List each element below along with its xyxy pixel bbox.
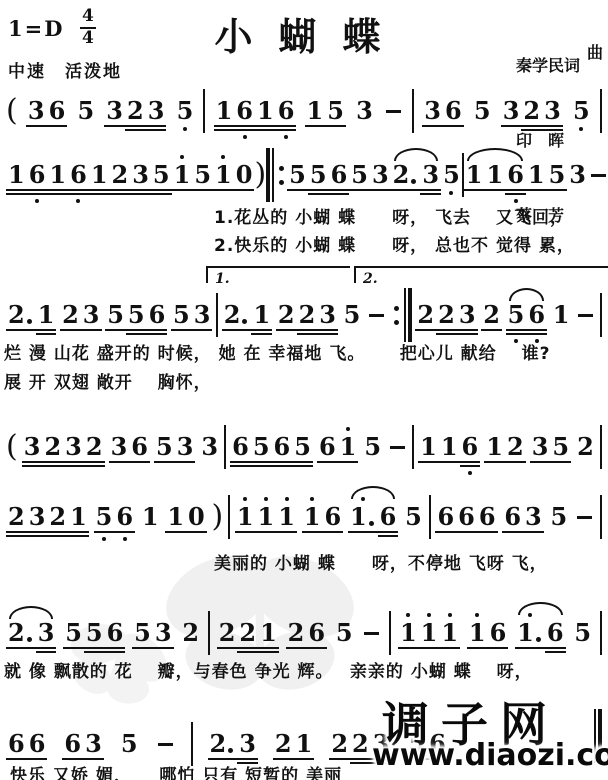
slur bbox=[518, 602, 562, 615]
note: 3 bbox=[146, 99, 167, 123]
note-group: 16 bbox=[467, 621, 508, 645]
note: 5 bbox=[571, 99, 592, 123]
note: 3 bbox=[317, 303, 338, 327]
beam-line bbox=[47, 125, 68, 127]
note: 2 bbox=[217, 621, 238, 645]
beam-line bbox=[222, 329, 252, 331]
beam-line bbox=[213, 189, 234, 191]
beam-line bbox=[258, 647, 279, 649]
beam-line bbox=[276, 329, 297, 331]
beam-line bbox=[89, 189, 110, 191]
dot bbox=[279, 180, 284, 185]
note-group: 10 bbox=[213, 163, 254, 187]
note: 3 bbox=[153, 621, 174, 645]
music-line-2: 161612351510)55653235116153 bbox=[0, 152, 608, 198]
barline bbox=[228, 495, 230, 539]
beam-line bbox=[294, 758, 315, 760]
note: 5 bbox=[349, 163, 370, 187]
beam-line bbox=[146, 125, 167, 127]
note: 1 bbox=[348, 505, 378, 529]
note: 5 bbox=[292, 435, 313, 459]
beam-line bbox=[484, 461, 505, 463]
note: 1 bbox=[551, 303, 572, 327]
note-digit: 2 bbox=[352, 732, 369, 756]
note-digit: 6 bbox=[149, 303, 166, 327]
note: 5 bbox=[325, 99, 346, 123]
sheet-music-page: 1=D 4 4 小蝴蝶 秦学民词 印 晖 蔡 芳 曲 中速 活泼地 (36532… bbox=[0, 0, 608, 780]
note-group: 21 bbox=[273, 732, 314, 756]
beam-line bbox=[272, 465, 293, 467]
beam-line bbox=[348, 531, 378, 533]
beam-line bbox=[550, 461, 571, 463]
dot bbox=[279, 166, 284, 171]
beam-line bbox=[214, 129, 235, 131]
parenthesis: ( bbox=[6, 432, 18, 462]
note: 5 bbox=[547, 163, 568, 187]
note: 5 bbox=[506, 303, 527, 327]
beam-line bbox=[251, 461, 272, 463]
thin-bar bbox=[272, 148, 274, 202]
note-digit: 6 bbox=[528, 303, 545, 327]
beam-line bbox=[273, 758, 294, 760]
note-digit: 6 bbox=[331, 163, 348, 187]
note-digit: 2 bbox=[239, 621, 256, 645]
note: 1 bbox=[251, 303, 272, 327]
note: 2 bbox=[415, 303, 436, 327]
note-group: 21 bbox=[6, 303, 56, 327]
note-digit: 5 bbox=[156, 435, 173, 459]
slur bbox=[9, 606, 53, 619]
beam-line bbox=[130, 193, 151, 195]
note-digit: 3 bbox=[106, 99, 123, 123]
augmentation-dot bbox=[536, 637, 541, 642]
note-group: 21 bbox=[222, 303, 272, 327]
beam-line bbox=[237, 758, 258, 760]
barline bbox=[600, 495, 602, 539]
beam-line bbox=[63, 647, 84, 649]
note-digit: 3 bbox=[532, 435, 549, 459]
octave-dot-low bbox=[243, 135, 247, 139]
note: 1 bbox=[419, 621, 440, 645]
note-digit: 1 bbox=[49, 163, 66, 187]
beam-line bbox=[501, 125, 522, 127]
note-digit: 2 bbox=[8, 505, 25, 529]
note-digit: 6 bbox=[232, 435, 249, 459]
note: 1 bbox=[172, 163, 193, 187]
lyric-line-4: 展 开 双翅 敞开 胸怀， bbox=[4, 368, 212, 393]
note-digit: 3 bbox=[177, 435, 194, 459]
key-signature: 1=D bbox=[8, 16, 64, 41]
note-group: 36 bbox=[109, 435, 150, 459]
note: 2 bbox=[208, 732, 238, 756]
note: 3 bbox=[192, 303, 213, 327]
note-group: 56 bbox=[506, 303, 547, 327]
note: 6 bbox=[114, 505, 135, 529]
note-digit: 5 bbox=[327, 99, 344, 123]
barline bbox=[216, 293, 218, 337]
note-digit: 2 bbox=[393, 163, 410, 187]
note: 1 bbox=[439, 621, 460, 645]
note: 5 bbox=[441, 163, 462, 187]
page-title: 小蝴蝶 bbox=[201, 6, 406, 61]
note: 1 bbox=[294, 732, 315, 756]
note-digit: 3 bbox=[525, 505, 542, 529]
beam-line bbox=[186, 531, 207, 533]
note: 2 bbox=[125, 99, 146, 123]
octave-dot-low bbox=[284, 135, 288, 139]
beam-line bbox=[272, 461, 293, 463]
duration-dash bbox=[158, 743, 173, 746]
note: 5 bbox=[550, 435, 571, 459]
note: 5 bbox=[342, 303, 363, 327]
note: 3 bbox=[530, 435, 551, 459]
note: 3 bbox=[175, 435, 196, 459]
note: 3 bbox=[22, 435, 43, 459]
note: 3 bbox=[104, 99, 125, 123]
note-group: 556 bbox=[287, 163, 349, 187]
beam-line bbox=[234, 125, 255, 127]
beam-line bbox=[84, 647, 105, 649]
note-digit: 1 bbox=[528, 163, 545, 187]
duration-dash bbox=[591, 174, 606, 177]
beam-line bbox=[329, 193, 350, 195]
note-digit: 1 bbox=[420, 435, 437, 459]
note-group: 323 bbox=[501, 99, 563, 123]
beam-line bbox=[542, 129, 563, 131]
beam-line bbox=[104, 125, 125, 127]
note: 6 bbox=[6, 732, 27, 756]
note-digit: 2 bbox=[278, 303, 295, 327]
beam-line bbox=[36, 651, 57, 653]
duration-dash bbox=[386, 110, 401, 113]
octave-dot-high bbox=[285, 497, 289, 501]
parenthesis: ) bbox=[254, 160, 266, 190]
beam-line bbox=[322, 531, 343, 533]
beam-line bbox=[114, 531, 135, 533]
note: 1 bbox=[276, 505, 297, 529]
beam-line bbox=[481, 329, 502, 331]
note: 5 bbox=[132, 621, 153, 645]
note-digit: 5 bbox=[96, 505, 113, 529]
note-digit: 1 bbox=[466, 163, 483, 187]
note-group: 5 bbox=[334, 621, 355, 645]
note-digit: 5 bbox=[549, 163, 566, 187]
beam-line bbox=[27, 535, 48, 537]
note-group: 5 bbox=[175, 99, 196, 123]
note: 6 bbox=[378, 505, 399, 529]
note-group: 53 bbox=[154, 435, 195, 459]
beam-line bbox=[317, 333, 338, 335]
note: 3 bbox=[81, 303, 102, 327]
note-digit: 6 bbox=[131, 435, 148, 459]
beam-line bbox=[27, 189, 48, 191]
note: 3 bbox=[63, 435, 84, 459]
volta-bracket-1: 1. bbox=[206, 266, 350, 283]
note-digit: 2 bbox=[577, 435, 594, 459]
note: 2 bbox=[6, 505, 27, 529]
note: 2 bbox=[350, 732, 371, 756]
note: 5 bbox=[251, 435, 272, 459]
note-digit: 5 bbox=[153, 163, 170, 187]
note-digit: 1 bbox=[38, 303, 55, 327]
note: 5 bbox=[94, 505, 115, 529]
note-digit: 1 bbox=[421, 621, 438, 645]
note: 1 bbox=[47, 163, 68, 187]
note-group: 6565 bbox=[230, 435, 313, 459]
note-digit: 6 bbox=[547, 621, 564, 645]
beam-line bbox=[126, 329, 147, 331]
beam-line bbox=[68, 193, 89, 195]
lyric-line-7: 快乐 又娇 媚， 哪怕 只有 短暂的 美丽 bbox=[10, 761, 342, 780]
note-group: 61 bbox=[317, 435, 358, 459]
parenthesis: ) bbox=[212, 502, 224, 532]
beam-line bbox=[317, 461, 338, 463]
time-signature-numerator: 4 bbox=[82, 7, 94, 27]
thick-bar bbox=[408, 288, 412, 342]
note: 1 bbox=[140, 505, 161, 529]
note-digit: 3 bbox=[422, 163, 439, 187]
time-signature-denominator: 4 bbox=[80, 27, 96, 49]
beam-line bbox=[378, 531, 399, 533]
beam-line bbox=[276, 125, 297, 127]
note-digit: 6 bbox=[236, 99, 253, 123]
note: 2 bbox=[436, 303, 457, 327]
note: 6 bbox=[443, 99, 464, 123]
thick-bar bbox=[266, 148, 270, 202]
barline bbox=[429, 495, 431, 539]
note: 5 bbox=[572, 621, 593, 645]
beam-line bbox=[276, 531, 297, 533]
note-digit: 2 bbox=[224, 303, 241, 327]
note-digit: 5 bbox=[443, 163, 460, 187]
repeat-dots bbox=[394, 288, 399, 342]
note-digit: 3 bbox=[356, 99, 373, 123]
note-digit: 3 bbox=[424, 99, 441, 123]
beam-line bbox=[6, 329, 36, 331]
octave-dot-high bbox=[406, 613, 410, 617]
octave-dot-high bbox=[310, 497, 314, 501]
note-digit: 1 bbox=[486, 163, 503, 187]
beam-line bbox=[27, 758, 48, 760]
note-digit: 1 bbox=[517, 621, 534, 645]
barline bbox=[600, 293, 602, 337]
note: 2 bbox=[505, 435, 526, 459]
note-digit: 6 bbox=[274, 435, 291, 459]
note-digit: 6 bbox=[507, 163, 524, 187]
beam-line bbox=[230, 465, 251, 467]
beam-line bbox=[62, 758, 83, 760]
note: 5 bbox=[362, 435, 383, 459]
note: 5 bbox=[171, 303, 192, 327]
beam-line bbox=[439, 461, 460, 463]
note-group: 5 bbox=[572, 621, 593, 645]
note-digit: 6 bbox=[324, 505, 341, 529]
note: 3 bbox=[542, 99, 563, 123]
note: 6 bbox=[68, 163, 89, 187]
note-digit: 1 bbox=[142, 505, 159, 529]
beam-line bbox=[419, 647, 440, 649]
note: 6 bbox=[147, 303, 168, 327]
augmentation-dot bbox=[27, 637, 32, 642]
note-digit: 5 bbox=[508, 303, 525, 327]
beam-line bbox=[151, 193, 172, 195]
beam-line bbox=[306, 647, 327, 649]
note-group: 3 bbox=[354, 99, 375, 123]
beam-line bbox=[308, 189, 329, 191]
note-digit: 5 bbox=[177, 99, 194, 123]
note-digit: 1 bbox=[253, 303, 270, 327]
beam-line bbox=[6, 189, 27, 191]
note: 5 bbox=[192, 163, 213, 187]
note-group: 3 bbox=[199, 435, 220, 459]
beam-line bbox=[521, 125, 542, 127]
note-group: 23 bbox=[391, 163, 441, 187]
note: 1 bbox=[214, 99, 235, 123]
note-group: 36 bbox=[422, 99, 463, 123]
beam-line bbox=[217, 647, 238, 649]
note-group: 1 bbox=[551, 303, 572, 327]
music-line-1: (365323516161533653235 bbox=[0, 88, 608, 134]
augmentation-dot bbox=[369, 521, 374, 526]
note: 2 bbox=[6, 303, 36, 327]
note-digit: 3 bbox=[148, 99, 165, 123]
beam-line bbox=[172, 189, 193, 191]
note-group: 223 bbox=[276, 303, 338, 327]
note-group: 2 bbox=[180, 621, 201, 645]
note-digit: 1 bbox=[258, 505, 275, 529]
note-digit: 3 bbox=[544, 99, 561, 123]
note-digit: 2 bbox=[483, 303, 500, 327]
note-digit: 6 bbox=[319, 435, 336, 459]
barline bbox=[208, 611, 210, 655]
lyric-line-1: 1.花丛的 小蝴 蝶 呀， 飞去 又飞回， bbox=[214, 203, 568, 228]
note-digit: 3 bbox=[239, 732, 256, 756]
repeat-end bbox=[391, 288, 412, 342]
note-digit: 3 bbox=[194, 303, 211, 327]
octave-dot-low bbox=[123, 537, 127, 541]
note-group: 666 bbox=[435, 505, 497, 529]
beam-line bbox=[505, 193, 526, 195]
beam-line bbox=[255, 125, 276, 127]
beam-line bbox=[42, 461, 63, 463]
octave-dot-low bbox=[468, 471, 472, 475]
lyric-line-3: 烂 漫 山花 盛开的 时候， 她 在 幸福地 飞。 把心儿 献给 谁? bbox=[4, 339, 550, 364]
note: 2 bbox=[222, 303, 252, 327]
beam-line bbox=[6, 531, 27, 533]
note-group: 1616 bbox=[214, 99, 297, 123]
note-group: 116 bbox=[464, 163, 526, 187]
augmentation-dot bbox=[228, 748, 233, 753]
note-digit: 5 bbox=[336, 621, 353, 645]
beam-line bbox=[81, 329, 102, 331]
note: 2 bbox=[575, 435, 596, 459]
note: 2 bbox=[297, 303, 318, 327]
note-digit: 1 bbox=[486, 435, 503, 459]
note-group: 323 bbox=[104, 99, 166, 123]
note-group: 223 bbox=[415, 303, 477, 327]
note: 3 bbox=[83, 732, 104, 756]
note-digit: 5 bbox=[405, 505, 422, 529]
beam-line bbox=[505, 189, 526, 191]
beam-line bbox=[84, 461, 105, 463]
barline bbox=[389, 611, 391, 655]
octave-dot-low bbox=[579, 127, 583, 131]
note-group: 10 bbox=[165, 505, 206, 529]
note-group: 556 bbox=[63, 621, 125, 645]
note: 0 bbox=[186, 505, 207, 529]
duration-dash bbox=[369, 314, 384, 317]
beam-line bbox=[420, 189, 441, 191]
beam-line bbox=[378, 535, 399, 537]
note: 6 bbox=[477, 505, 498, 529]
note-digit: 2 bbox=[210, 732, 227, 756]
note-group: 16 bbox=[515, 621, 565, 645]
note-digit: 6 bbox=[116, 505, 133, 529]
note-digit: 0 bbox=[236, 163, 253, 187]
note-digit: 1 bbox=[307, 99, 324, 123]
note-digit: 5 bbox=[344, 303, 361, 327]
note: 6 bbox=[105, 621, 126, 645]
note-digit: 6 bbox=[64, 732, 81, 756]
beam-line bbox=[297, 329, 318, 331]
note: 5 bbox=[308, 163, 329, 187]
note-digit: 1 bbox=[215, 163, 232, 187]
beam-line bbox=[36, 329, 57, 331]
note-digit: 3 bbox=[569, 163, 586, 187]
note-group: 1 bbox=[140, 505, 161, 529]
beam-line bbox=[63, 461, 84, 463]
beam-line bbox=[505, 461, 526, 463]
beam-line bbox=[435, 531, 456, 533]
note-digit: 6 bbox=[445, 99, 462, 123]
note-digit: 3 bbox=[65, 435, 82, 459]
barline bbox=[203, 89, 205, 133]
beam-line bbox=[526, 329, 547, 331]
beam-line bbox=[521, 129, 542, 131]
beam-line bbox=[436, 329, 457, 331]
note-digit: 3 bbox=[372, 163, 389, 187]
beam-line bbox=[457, 329, 478, 331]
note-digit: 1 bbox=[8, 163, 25, 187]
octave-dot-low bbox=[76, 199, 80, 203]
note-digit: 1 bbox=[304, 505, 321, 529]
beam-line bbox=[484, 189, 505, 191]
note-group: 15 bbox=[305, 99, 346, 123]
beam-line bbox=[488, 647, 509, 649]
note-group: 5 bbox=[441, 163, 462, 187]
note: 6 bbox=[272, 435, 293, 459]
beam-line bbox=[146, 129, 167, 131]
duration-dash bbox=[578, 314, 593, 317]
note-digit: 6 bbox=[490, 621, 507, 645]
beam-line bbox=[89, 193, 110, 195]
dot bbox=[394, 306, 399, 311]
beam-line bbox=[398, 647, 419, 649]
beam-line bbox=[237, 647, 258, 649]
note-group: 16 bbox=[348, 505, 398, 529]
beam-line bbox=[234, 189, 255, 191]
note: 0 bbox=[234, 163, 255, 187]
note-digit: 5 bbox=[351, 163, 368, 187]
beam-line bbox=[308, 193, 329, 195]
octave-dot-high bbox=[180, 155, 184, 159]
beam-line bbox=[302, 531, 323, 533]
note: 6 bbox=[27, 163, 48, 187]
note-group: 23 bbox=[208, 732, 258, 756]
note-digit: 2 bbox=[288, 621, 305, 645]
beam-line bbox=[6, 758, 27, 760]
note-group: 2 bbox=[481, 303, 502, 327]
